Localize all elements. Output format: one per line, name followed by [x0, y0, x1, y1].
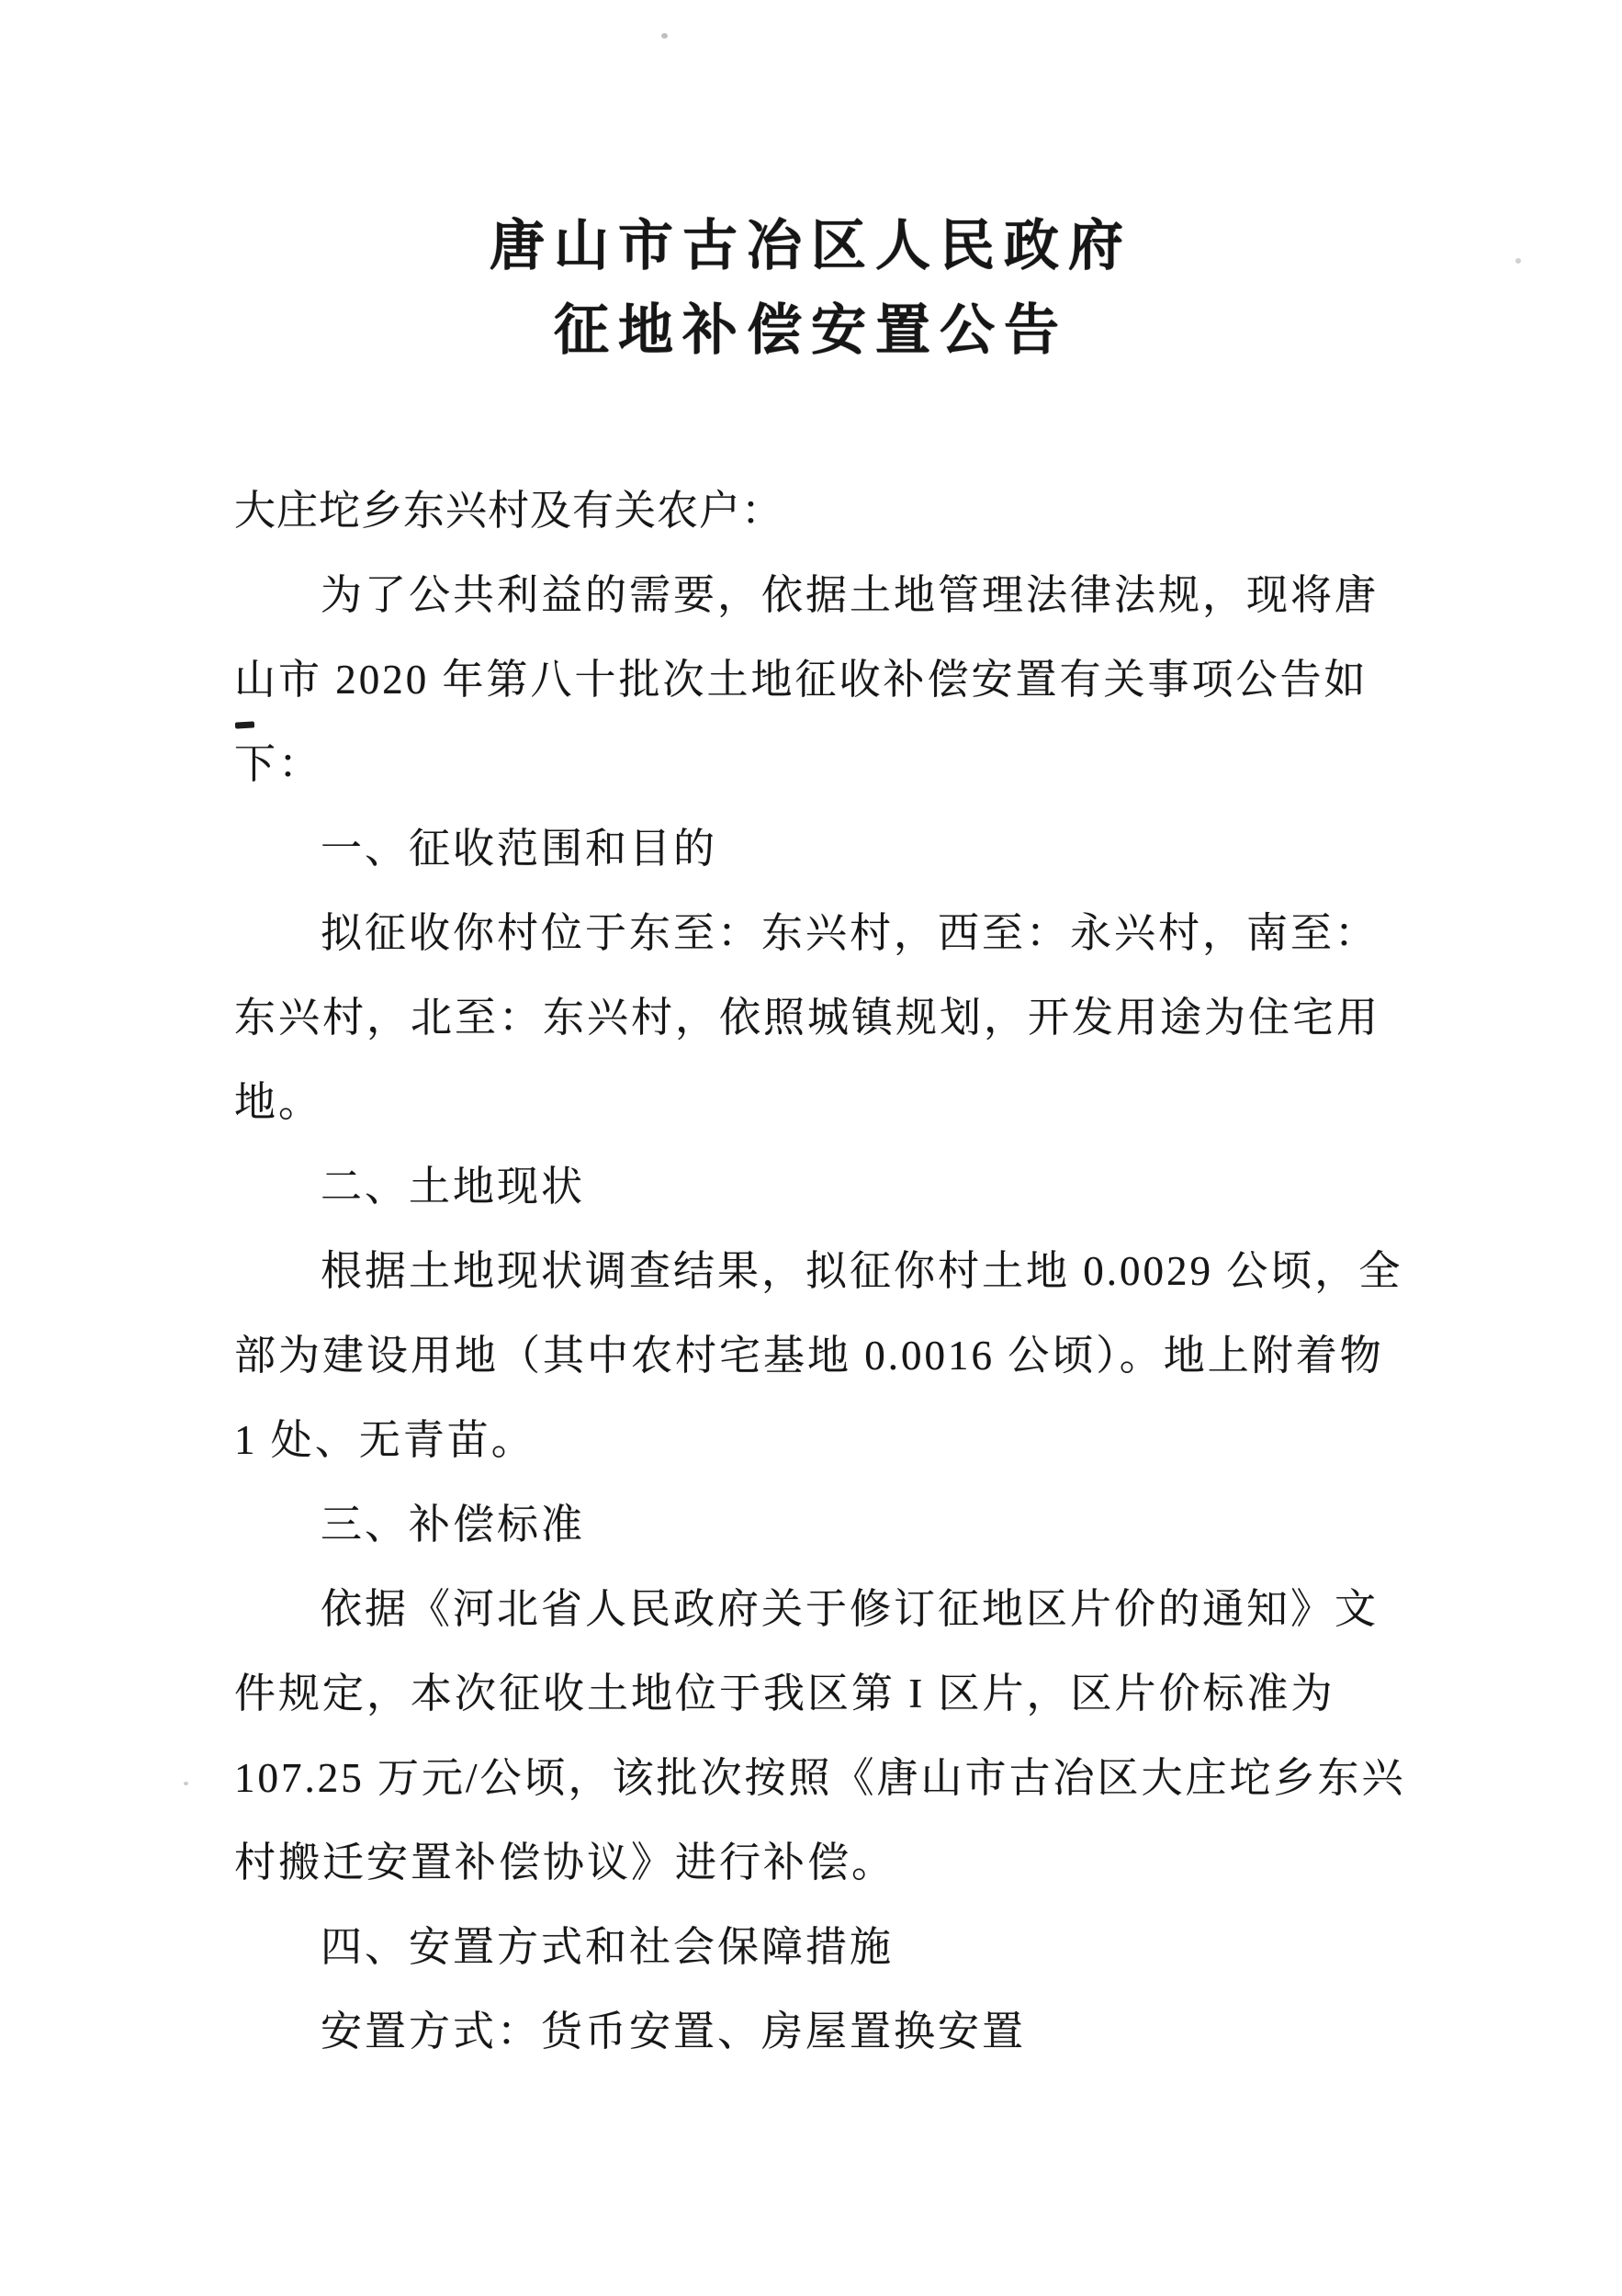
- body-line: 拟征收你村位于东至：东兴村，西至：永兴村，南至：: [234, 891, 1402, 975]
- body-line: 山市 2020 年第八十批次土地征收补偿安置有关事项公告如: [234, 637, 1402, 722]
- scan-speck: [184, 1782, 188, 1785]
- body-line: 为了公共利益的需要，依据土地管理法律法规，现将唐: [234, 553, 1402, 637]
- section-heading-4: 四、安置方式和社会保障措施: [234, 1905, 1402, 1989]
- body-line: 东兴村，北至：东兴村，依照城镇规划，开发用途为住宅用: [234, 975, 1402, 1060]
- body-line: 下：: [234, 722, 1402, 806]
- scan-speck: [1515, 258, 1521, 264]
- body-line: 安置方式：货币安置、房屋置换安置: [234, 1989, 1402, 2074]
- section-heading-2: 二、土地现状: [234, 1144, 1402, 1229]
- document-title: 唐山市古冶区人民政府 征地补偿安置公告: [0, 204, 1622, 373]
- document-title-line2: 征地补偿安置公告: [0, 288, 1622, 373]
- scan-speck: [661, 33, 668, 39]
- body-line: 件规定，本次征收土地位于我区第 I 区片，区片价标准为: [234, 1651, 1402, 1736]
- body-line: 1 处、无青苗。: [234, 1398, 1402, 1482]
- document-body: 大庄坨乡东兴村及有关农户： 为了公共利益的需要，依据土地管理法律法规，现将唐 山…: [0, 468, 1622, 2074]
- body-line: 村搬迁安置补偿协议》进行补偿。: [234, 1820, 1402, 1905]
- body-line: 部为建设用地（其中农村宅基地 0.0016 公顷）。地上附着物: [234, 1313, 1402, 1398]
- salutation-line: 大庄坨乡东兴村及有关农户：: [234, 468, 1402, 553]
- scan-stray-mark: [235, 721, 254, 728]
- body-line: 107.25 万元/公顷，该批次按照《唐山市古冶区大庄坨乡东兴: [234, 1736, 1402, 1820]
- section-heading-1: 一、征收范围和目的: [234, 806, 1402, 891]
- body-line: 根据土地现状调查结果，拟征你村土地 0.0029 公顷，全: [234, 1229, 1402, 1313]
- body-line: 依据《河北省人民政府关于修订征地区片价的通知》文: [234, 1567, 1402, 1651]
- body-line: 地。: [234, 1060, 1402, 1144]
- section-heading-3: 三、补偿标准: [234, 1482, 1402, 1567]
- document-title-line1: 唐山市古冶区人民政府: [0, 204, 1622, 288]
- announcement-page: 唐山市古冶区人民政府 征地补偿安置公告 大庄坨乡东兴村及有关农户： 为了公共利益…: [0, 0, 1622, 2296]
